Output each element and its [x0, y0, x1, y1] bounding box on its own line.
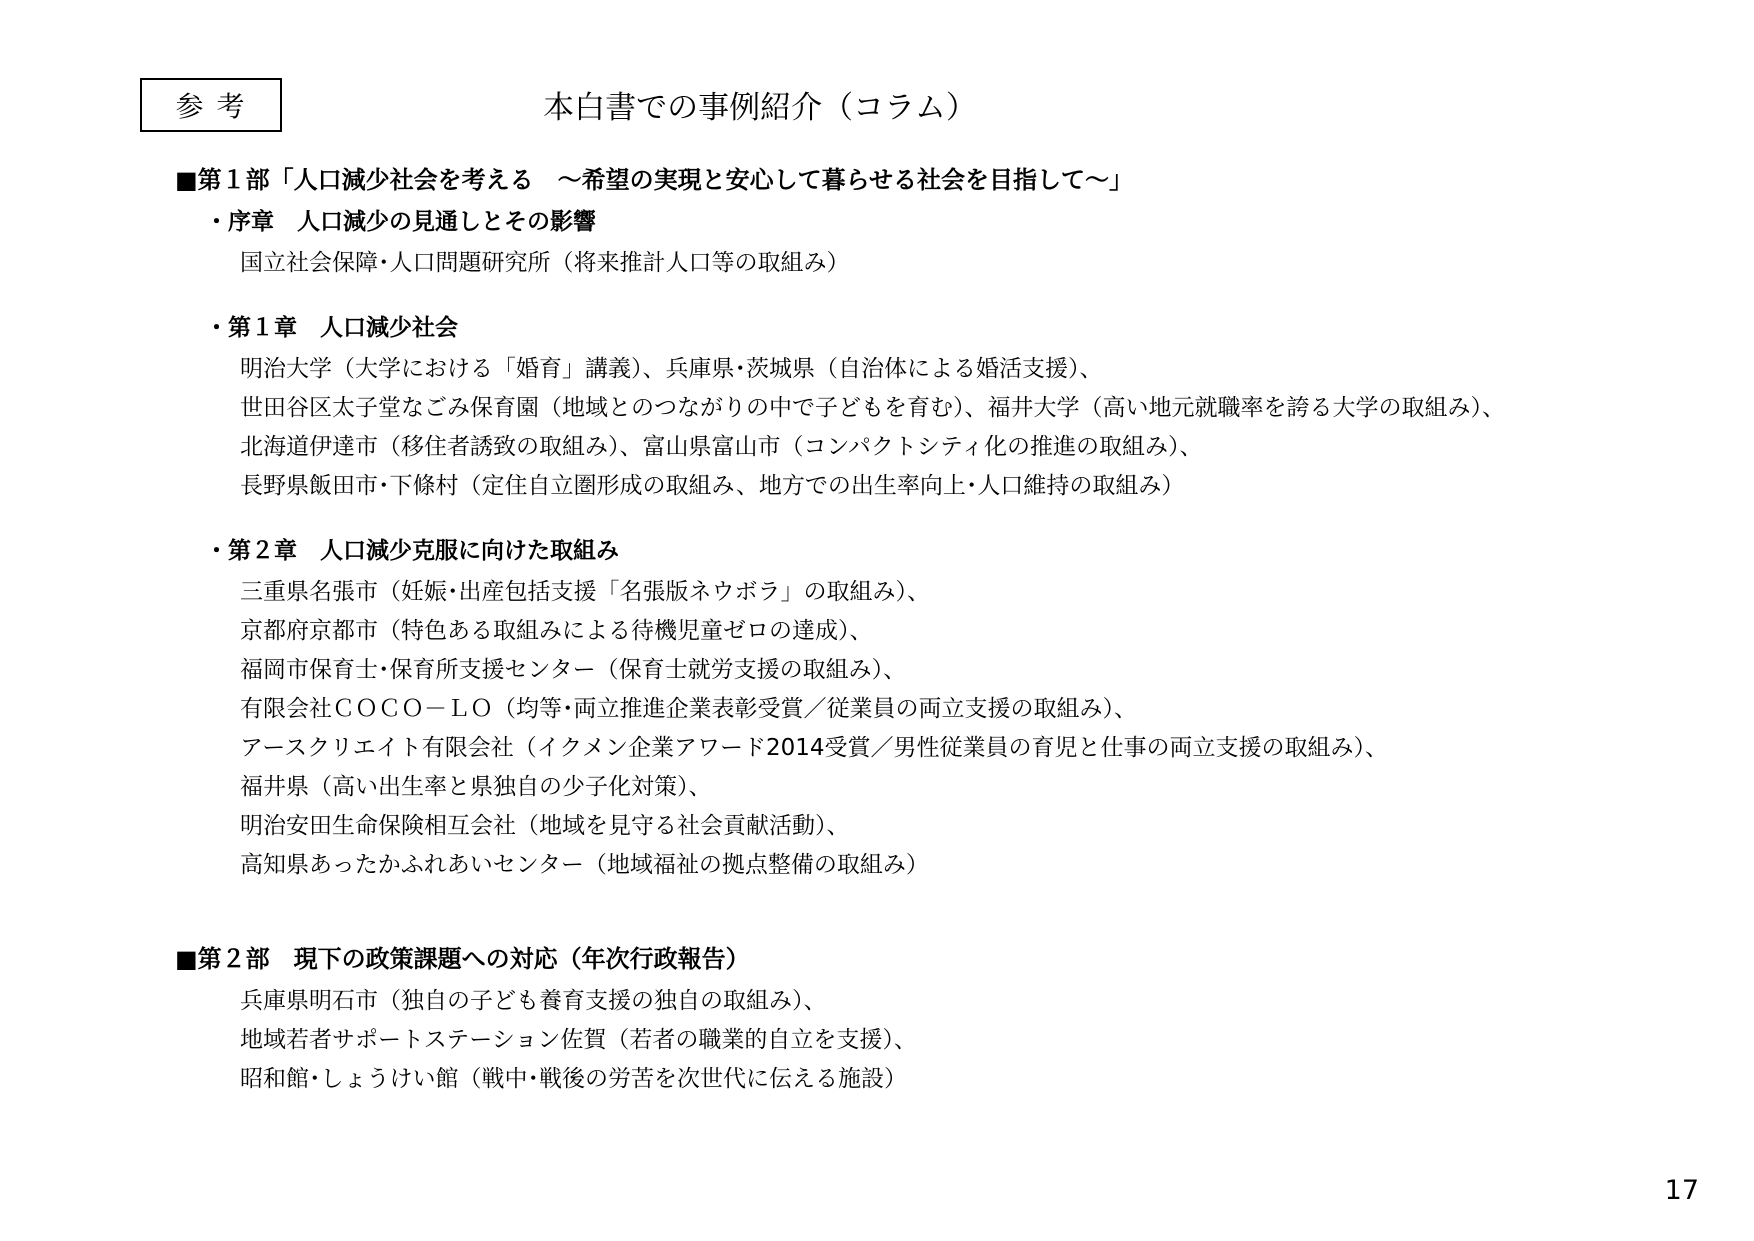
case-line: 長野県飯田市･下條村（定住自立圏形成の取組み、地方での出生率向上･人口維持の取組… — [240, 467, 1754, 506]
case-line: 明治安田生命保険相互会社（地域を見守る社会貢献活動）、 — [240, 807, 1754, 846]
page-number: 17 — [1665, 1175, 1699, 1206]
case-line: 高知県あったかふれあいセンター（地域福祉の拠点整備の取組み） — [240, 846, 1754, 885]
case-line: 昭和館･しょうけい館（戦中･戦後の労苦を次世代に伝える施設） — [240, 1060, 1754, 1099]
case-line: 福岡市保育士･保育所支援センター（保育士就労支援の取組み）、 — [240, 651, 1754, 690]
chapter: ・序章 人口減少の見通しとその影響国立社会保障･人口問題研究所（将来推計人口等の… — [0, 203, 1754, 283]
case-line: 国立社会保障･人口問題研究所（将来推計人口等の取組み） — [240, 244, 1754, 283]
case-line: 京都府京都市（特色ある取組みによる待機児童ゼロの達成）、 — [240, 612, 1754, 651]
case-line: アースクリエイト有限会社（イクメン企業アワード2014受賞／男性従業員の育児と仕… — [240, 729, 1754, 768]
page-title: 本白書での事例紹介（コラム） — [420, 82, 1100, 127]
chapter: ・第１章 人口減少社会明治大学（大学における「婚育」講義）、兵庫県･茨城県（自治… — [0, 309, 1754, 506]
section-heading: ■第１部「人口減少社会を考える ～希望の実現と安心して暮らせる社会を目指して～」 — [175, 160, 1754, 195]
reference-box-label: 参 考 — [176, 85, 247, 125]
chapter-title: ・第１章 人口減少社会 — [205, 309, 1754, 342]
case-line: 世田谷区太子堂なごみ保育園（地域とのつながりの中で子どもを育む）、福井大学（高い… — [240, 389, 1754, 428]
case-line: 兵庫県明石市（独自の子ども養育支援の独自の取組み）、 — [240, 982, 1754, 1021]
case-line: 福井県（高い出生率と県独自の少子化対策）、 — [240, 768, 1754, 807]
case-line: 有限会社ＣＯＣＯ－ＬＯ（均等･両立推進企業表彰受賞／従業員の両立支援の取組み）、 — [240, 690, 1754, 729]
section-1: ■第１部「人口減少社会を考える ～希望の実現と安心して暮らせる社会を目指して～」… — [0, 160, 1754, 885]
chapter-title: ・第２章 人口減少克服に向けた取組み — [205, 532, 1754, 565]
case-line: 三重県名張市（妊娠･出産包括支援「名張版ネウボラ」の取組み）、 — [240, 573, 1754, 612]
case-line: 明治大学（大学における「婚育」講義）、兵庫県･茨城県（自治体による婚活支援）、 — [240, 350, 1754, 389]
case-line: 北海道伊達市（移住者誘致の取組み）、富山県富山市（コンパクトシティ化の推進の取組… — [240, 428, 1754, 467]
case-line: 地域若者サポートステーション佐賀（若者の職業的自立を支援）、 — [240, 1021, 1754, 1060]
section-2: ■第２部 現下の政策課題への対応（年次行政報告）兵庫県明石市（独自の子ども養育支… — [0, 939, 1754, 1099]
chapter-title: ・序章 人口減少の見通しとその影響 — [205, 203, 1754, 236]
document-body: ■第１部「人口減少社会を考える ～希望の実現と安心して暮らせる社会を目指して～」… — [0, 160, 1754, 1125]
chapter: 兵庫県明石市（独自の子ども養育支援の独自の取組み）、地域若者サポートステーション… — [0, 982, 1754, 1099]
reference-box: 参 考 — [140, 78, 282, 132]
section-heading: ■第２部 現下の政策課題への対応（年次行政報告） — [175, 939, 1754, 974]
chapter: ・第２章 人口減少克服に向けた取組み三重県名張市（妊娠･出産包括支援「名張版ネウ… — [0, 532, 1754, 885]
